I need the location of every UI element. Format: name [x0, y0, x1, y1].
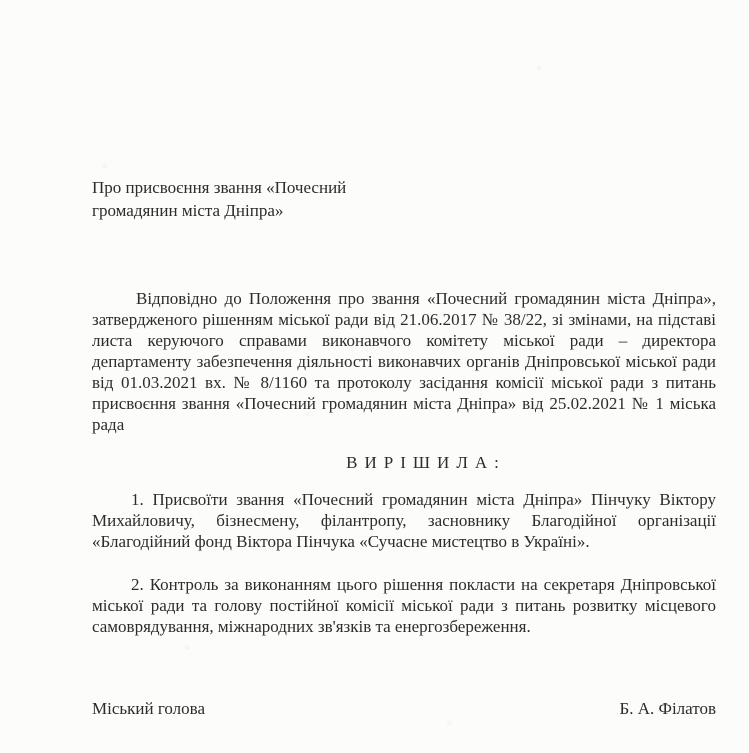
- document-subject: Про присвоєння звання «Почесний громадян…: [92, 176, 412, 222]
- resolution-heading: ВИРІШИЛА:: [114, 452, 738, 473]
- signature-row: Міський голова Б. А. Філатов: [92, 698, 716, 719]
- signatory-title: Міський голова: [92, 698, 205, 719]
- signatory-name: Б. А. Філатов: [619, 698, 716, 719]
- scanned-document-page: Про присвоєння звання «Почесний громадян…: [0, 0, 749, 753]
- resolution-item-2: 2. Контроль за виконанням цього рішення …: [92, 574, 716, 637]
- preamble-paragraph: Відповідно до Положення про звання «Поче…: [92, 288, 716, 435]
- document-body: Про присвоєння звання «Почесний громадян…: [0, 0, 749, 719]
- resolution-item-1: 1. Присвоїти звання «Почесний громадянин…: [92, 489, 716, 552]
